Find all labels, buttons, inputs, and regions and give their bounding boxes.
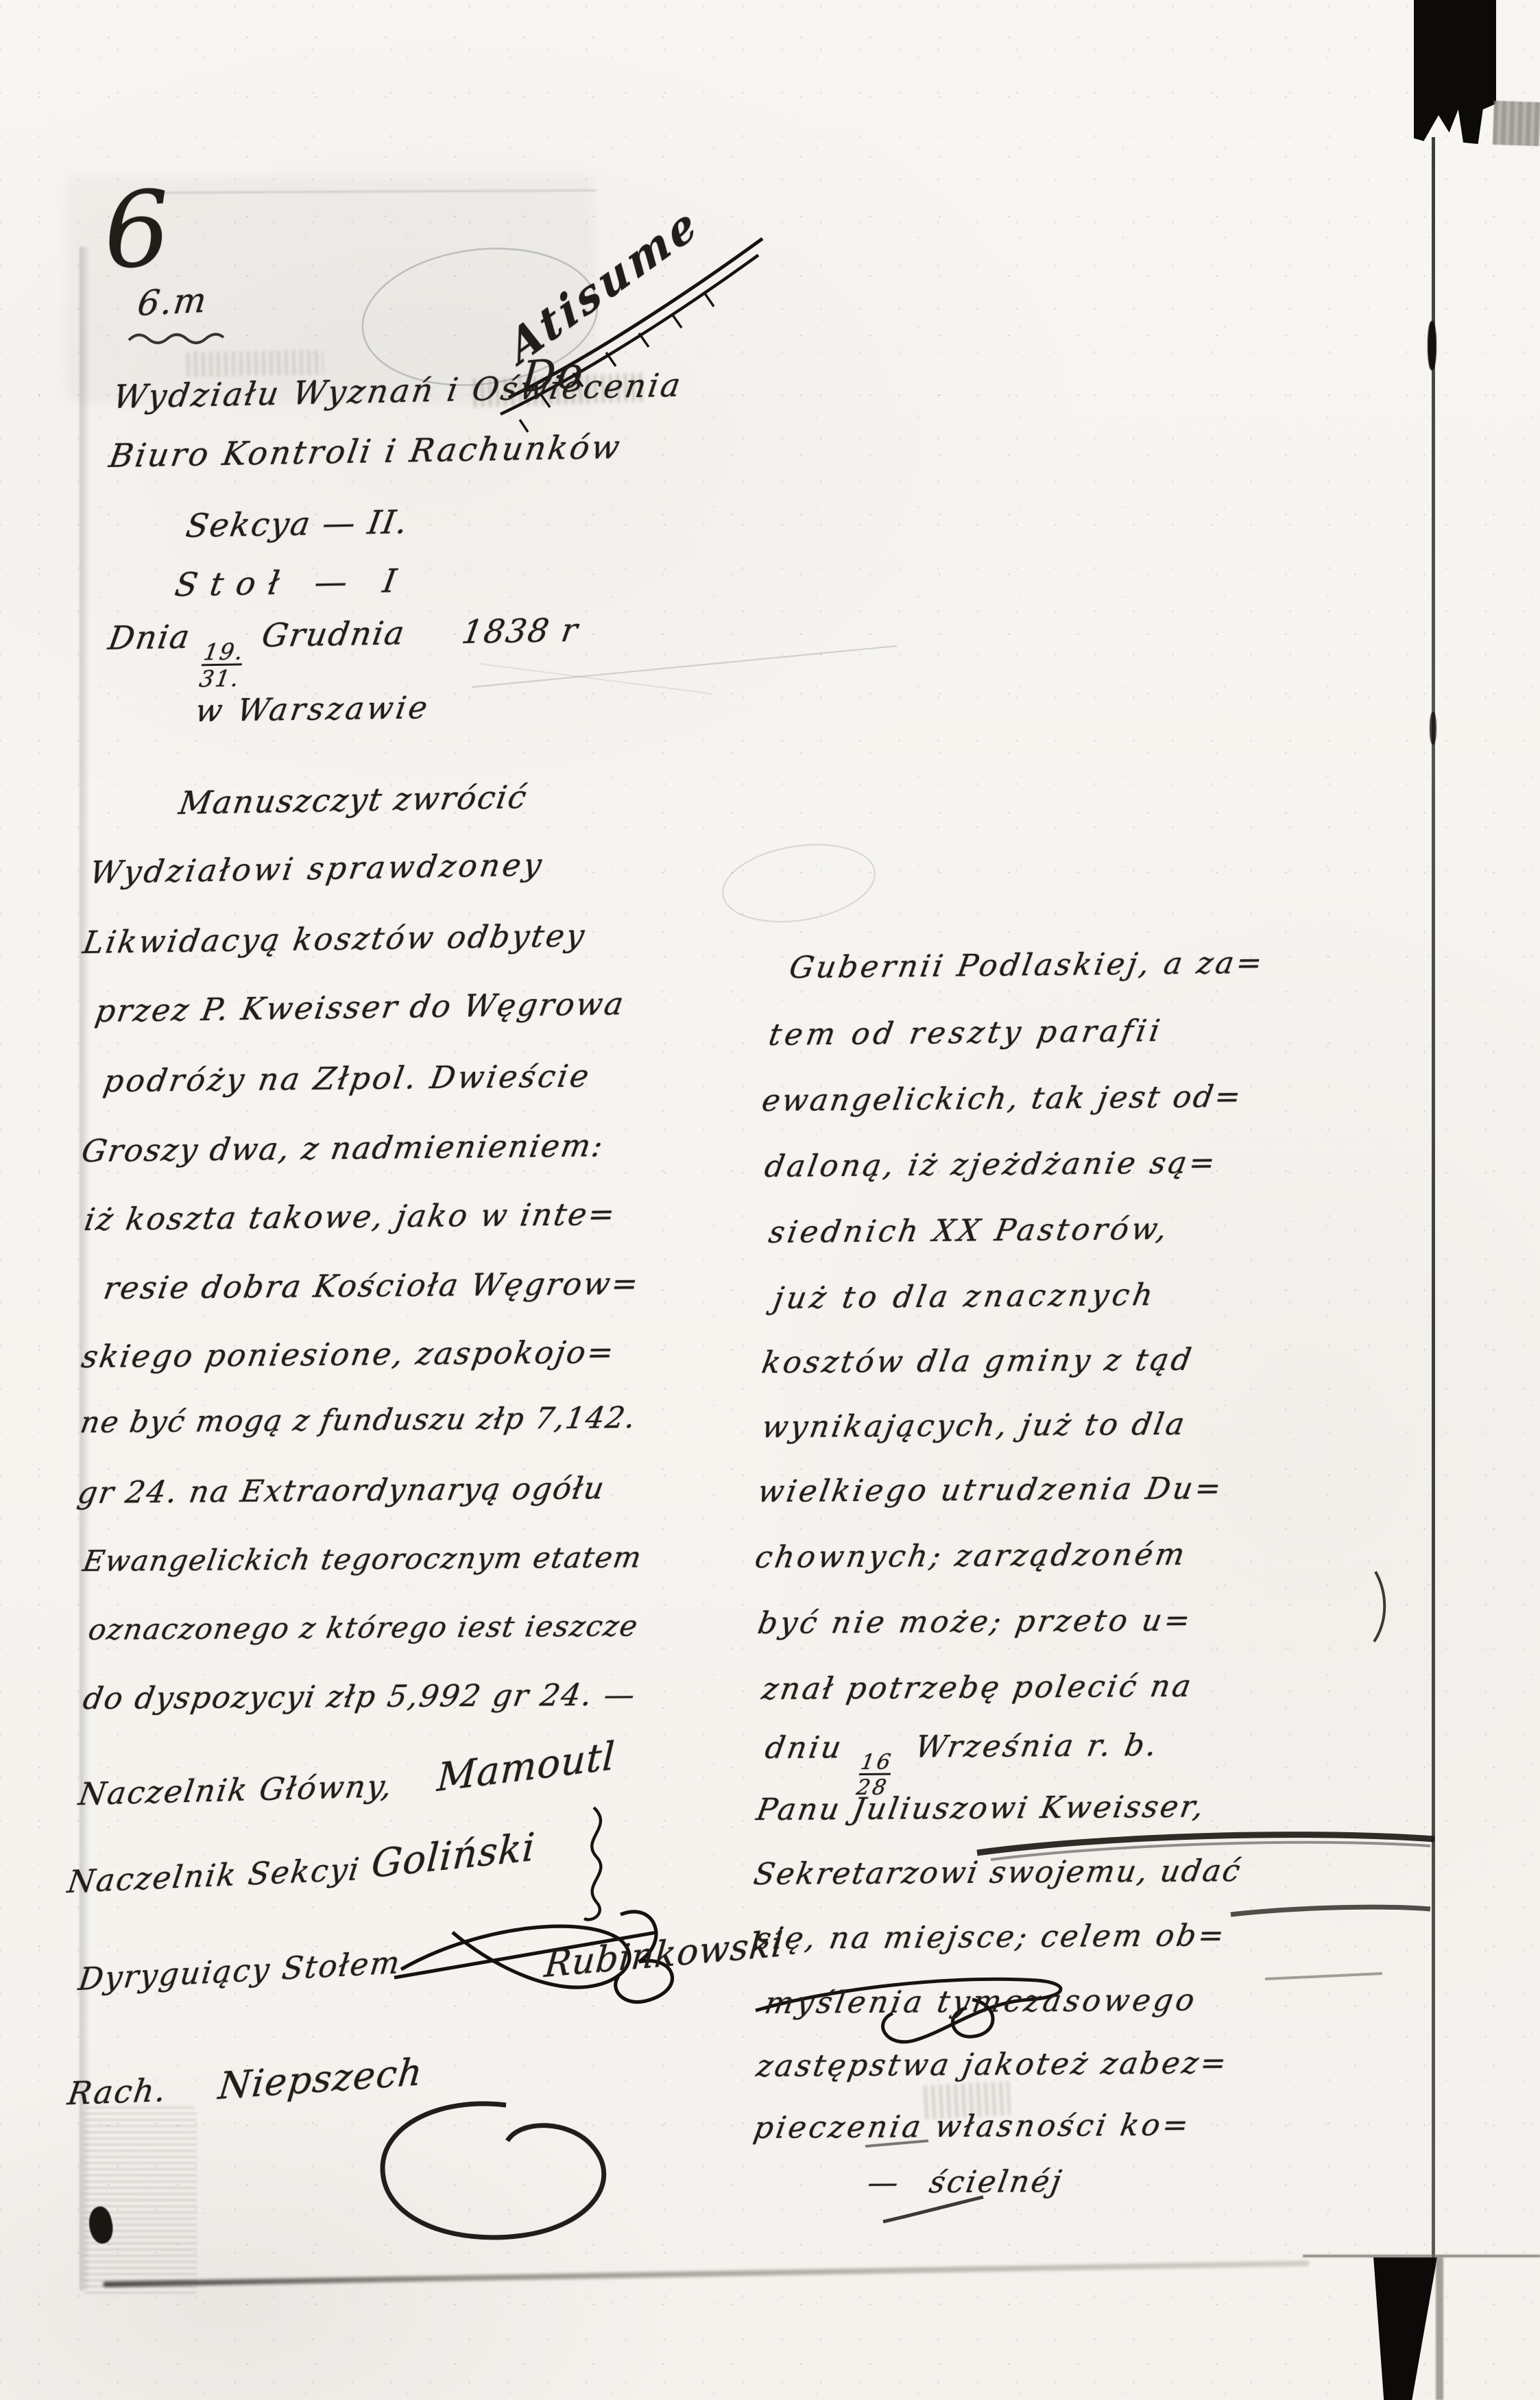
header-date-line: Dnia 19. 31. Grudnia 1838 r	[100, 614, 581, 693]
header-bureau-line: Biuro Kontroli i Rachunków	[107, 431, 624, 472]
body-line: ewangelickich, tak jest od=	[760, 1082, 1244, 1116]
pencil-loop-near-zwrocic	[717, 835, 880, 932]
body-line: przez P. Kweisser do Węgrowa	[93, 988, 627, 1027]
body-line: do dyspozycyi złp 5,992 gr 24. —	[81, 1680, 638, 1714]
date-day-old: 31.	[197, 663, 242, 691]
body-line: wynikających, już to dla	[760, 1410, 1189, 1443]
body-line: ne być mogą z funduszu złp 7,142.	[78, 1404, 638, 1438]
body-date-line: dniu 16 28 Września r. b.	[757, 1731, 1161, 1799]
body-line: skiego poniesione, zaspokojo=	[80, 1336, 618, 1372]
body-line: gr 24. na Extraordynaryą ogółu	[75, 1474, 607, 1509]
header-place-line: w Warszawie	[193, 692, 433, 726]
body-line: Likwidacyą kosztów odbytey	[81, 920, 588, 958]
dash-under-miejsce	[1265, 1973, 1382, 1979]
corner-note: 6.m	[136, 283, 210, 321]
signature-4-loop	[383, 2104, 604, 2237]
corner-note-squiggle	[129, 334, 224, 343]
body-line: siednich XX Pastorów,	[767, 1214, 1172, 1248]
date-month: Grudnia	[259, 614, 408, 655]
body-line: iż koszta takowe, jako w inte=	[82, 1199, 618, 1235]
body-line: się, na miejsce; celem ob=	[753, 1921, 1229, 1954]
body-line: podróży na Złpol. Dwieście	[101, 1060, 594, 1096]
signature-title: Rach.	[66, 2074, 169, 2109]
body-line: Ewangelickich tegorocznym etatem	[81, 1543, 645, 1576]
body-line: chownych; zarządzoném	[753, 1540, 1190, 1573]
body-line: kosztów dla gminy z tąd	[760, 1345, 1196, 1378]
body-line: Panu Juliuszowi Kweisser,	[754, 1792, 1207, 1825]
header-section-line: Sekcya — II.	[184, 506, 411, 542]
date-prefix: Dnia	[106, 619, 193, 658]
body-line: resie dobra Kościoła Węgrow=	[101, 1268, 642, 1304]
body-line: Groszy dwa, z nadmienieniem:	[80, 1130, 606, 1166]
body-line: tem od reszty parafii	[767, 1016, 1166, 1051]
body-line: wielkiego utrudzenia Du=	[756, 1474, 1226, 1507]
body-line: Sekretarzowi swojemu, udać	[751, 1856, 1244, 1890]
date-prefix: dniu	[762, 1730, 846, 1766]
body-line-fragment: ścielnéj	[927, 2164, 1066, 2200]
date-year: 1838 r	[459, 612, 581, 651]
body-line: daloną, iż zjeżdżanie są=	[762, 1148, 1220, 1182]
date-day-new: 19.	[202, 640, 246, 664]
body-line: pieczenia własności ko=	[751, 2111, 1193, 2144]
body-line: zastępstwa jakoteż zabez=	[754, 2048, 1231, 2082]
date-suffix: Września r. b.	[913, 1728, 1162, 1765]
body-line: myślenia tymczasowego	[762, 1986, 1199, 2019]
date-day-old: 16	[859, 1752, 894, 1773]
folio-number: 6	[96, 177, 182, 284]
signature-title: Naczelnik Główny,	[77, 1771, 396, 1810]
body-line: już to dla znacznych	[771, 1280, 1158, 1314]
smear-under-swojemu	[1231, 1907, 1430, 1915]
body-line: Wydziałowi sprawdzoney	[88, 849, 546, 888]
trailing-dash: —	[865, 2165, 903, 2200]
scanned-archival-document: { "scan": { "folio_number": "6", "corner…	[0, 0, 1540, 2400]
body-last-line: — ścielnéj	[865, 2167, 1066, 2198]
body-line: Gubernii Podlaskiej, a za=	[787, 948, 1267, 983]
header-desk-line: Stoł — I	[173, 565, 411, 601]
body-line: Manuszczyt zwrócić	[177, 781, 530, 819]
body-line: być nie może; przeto u=	[756, 1606, 1195, 1639]
paren-after-zarzadzonem	[1374, 1572, 1384, 1642]
swoosh-under-scielnej	[883, 2197, 983, 2222]
signature-1-paraph	[584, 1808, 601, 1919]
body-line: oznaczonego z którego iest ieszcze	[86, 1611, 640, 1644]
body-line: znał potrzebę polecić na	[760, 1672, 1195, 1705]
date-julian-gregorian-fraction: 19. 31.	[197, 640, 245, 691]
